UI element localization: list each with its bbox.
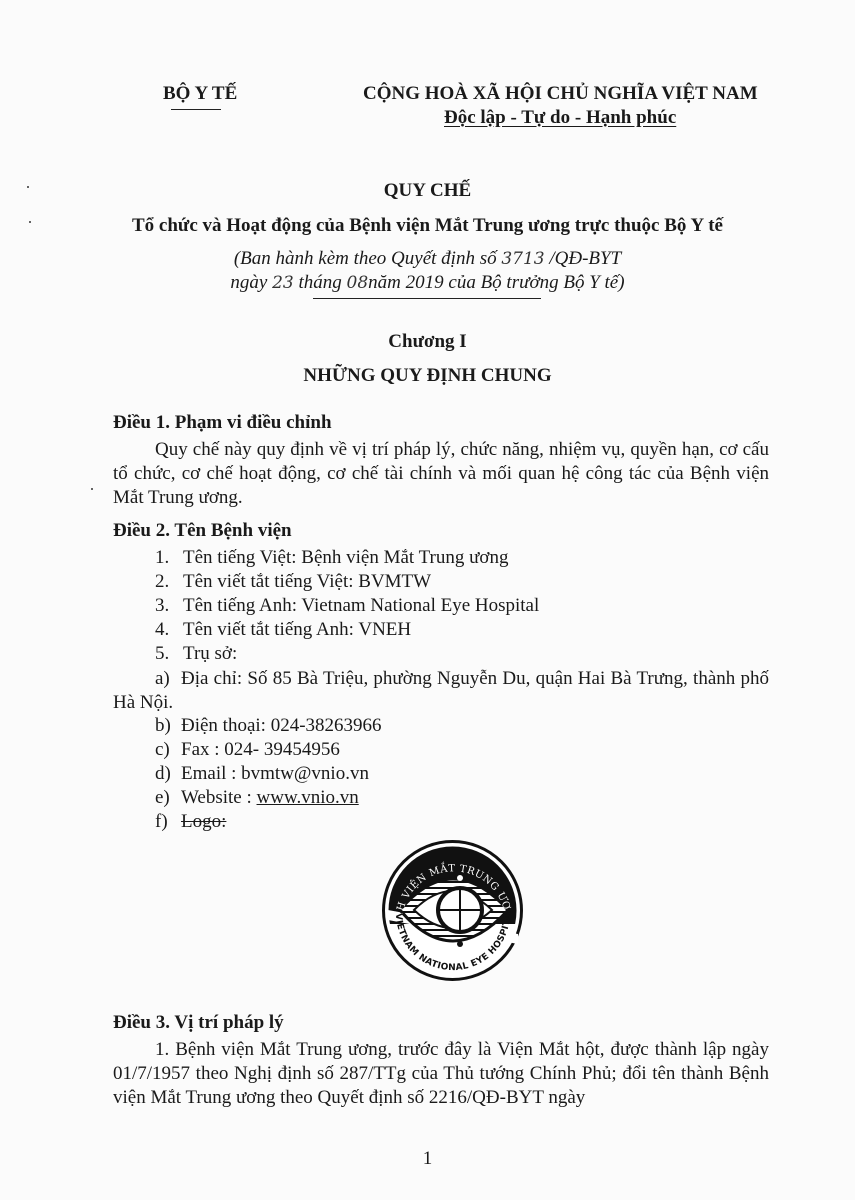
ministry-underline [171, 109, 221, 110]
issuance-line-1: (Ban hành kèm theo Quyết định số 3713 /Q… [0, 248, 855, 270]
email-item: d)Email : bvmtw@vnio.vn [155, 763, 369, 785]
website-item: e)Website : www.vnio.vn [155, 787, 359, 809]
eye-logo-icon: BỆNH VIỆN MẮT TRUNG ƯƠNG VIETNAM NATIONA… [380, 838, 525, 983]
sub-key: e) [155, 787, 181, 809]
list-item: 5.Trụ sở: [155, 643, 237, 665]
phone-label: Điện thoại: [181, 715, 271, 736]
sub-key: b) [155, 715, 181, 737]
sub-key: a) [155, 667, 181, 691]
list-number: 1. [155, 547, 183, 569]
chapter-title: NHỮNG QUY ĐỊNH CHUNG [0, 365, 855, 387]
list-text: Trụ sở: [183, 643, 237, 664]
issue-day: 23 [272, 273, 294, 293]
phone-item: b)Điện thoại: 024-38263966 [155, 715, 382, 737]
logo-item: f)Logo: [155, 811, 226, 833]
email-value[interactable]: bvmtw@vnio.vn [241, 763, 369, 784]
date-prefix: ngày [230, 272, 272, 293]
phone-value: 024-38263966 [271, 715, 382, 736]
website-label: Website : [181, 787, 257, 808]
list-number: 2. [155, 571, 183, 593]
list-item: 1.Tên tiếng Việt: Bệnh viện Mắt Trung ươ… [155, 547, 508, 569]
list-item: 2.Tên viết tắt tiếng Việt: BVMTW [155, 571, 431, 593]
national-motto: Độc lập - Tự do - Hạnh phúc [444, 107, 676, 129]
list-text: Tên tiếng Việt: Bệnh viện Mắt Trung ương [183, 547, 508, 568]
list-number: 5. [155, 643, 183, 665]
list-item: 4.Tên viết tắt tiếng Anh: VNEH [155, 619, 411, 641]
article-3-body: 1. Bệnh viện Mắt Trung ương, trước đây l… [113, 1038, 769, 1110]
ministry-name: BỘ Y TẾ [163, 83, 237, 105]
article-1-heading: Điều 1. Phạm vi điều chỉnh [113, 412, 332, 434]
article-3-heading: Điều 3. Vị trí pháp lý [113, 1012, 284, 1034]
document-title: QUY CHẾ [0, 180, 855, 202]
sub-key: c) [155, 739, 181, 761]
list-number: 4. [155, 619, 183, 641]
document-page: BỘ Y TẾ CỘNG HOÀ XÃ HỘI CHỦ NGHĨA VIỆT N… [0, 0, 855, 1200]
list-text: Tên tiếng Anh: Vietnam National Eye Hosp… [183, 595, 539, 616]
title-divider [313, 298, 541, 299]
page-number: 1 [0, 1148, 855, 1170]
address-item: a)Địa chỉ: Số 85 Bà Triệu, phường Nguyễn… [113, 667, 769, 715]
fax-label: Fax : [181, 739, 224, 760]
sub-key: d) [155, 763, 181, 785]
issuance-suffix: /QĐ-BYT [545, 248, 622, 269]
sub-key: f) [155, 811, 181, 833]
chapter-label: Chương I [0, 331, 855, 353]
list-item: 3.Tên tiếng Anh: Vietnam National Eye Ho… [155, 595, 539, 617]
country-name: CỘNG HOÀ XÃ HỘI CHỦ NGHĨA VIỆT NAM [363, 83, 758, 105]
article-1-body: Quy chế này quy định về vị trí pháp lý, … [113, 438, 769, 510]
email-label: Email : [181, 763, 241, 784]
scan-speck [91, 488, 93, 490]
issuance-prefix: (Ban hành kèm theo Quyết định số [234, 248, 502, 269]
list-text: Tên viết tắt tiếng Việt: BVMTW [183, 571, 431, 592]
fax-item: c)Fax : 024- 39454956 [155, 739, 340, 761]
article-2-heading: Điều 2. Tên Bệnh viện [113, 520, 292, 542]
issuance-line-2: ngày 23 tháng 08năm 2019 của Bộ trưởng B… [0, 272, 855, 294]
list-text: Tên viết tắt tiếng Anh: VNEH [183, 619, 411, 640]
logo-label: Logo: [181, 811, 226, 832]
month-word: tháng [294, 272, 347, 293]
decision-number: 3713 [501, 249, 544, 269]
address-text: Địa chỉ: Số 85 Bà Triệu, phường Nguyễn D… [113, 668, 769, 713]
issue-month: 08 [347, 273, 369, 293]
date-suffix: năm 2019 của Bộ trưởng Bộ Y tế) [368, 272, 624, 293]
document-subtitle: Tổ chức và Hoạt động của Bệnh viện Mắt T… [0, 215, 855, 237]
fax-value: 024- 39454956 [224, 739, 340, 760]
website-link[interactable]: www.vnio.vn [257, 787, 359, 808]
list-number: 3. [155, 595, 183, 617]
hospital-logo: BỆNH VIỆN MẮT TRUNG ƯƠNG VIETNAM NATIONA… [380, 838, 525, 983]
